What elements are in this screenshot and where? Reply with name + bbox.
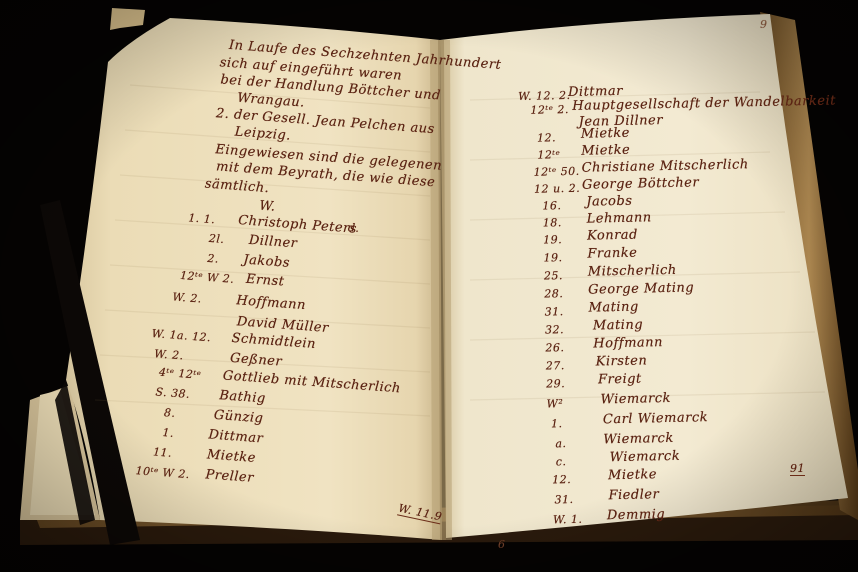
open-book-illustration — [0, 0, 858, 572]
ledger-photo: In Laufe des Sechzehnten Jahrhundert sic… — [0, 0, 858, 572]
